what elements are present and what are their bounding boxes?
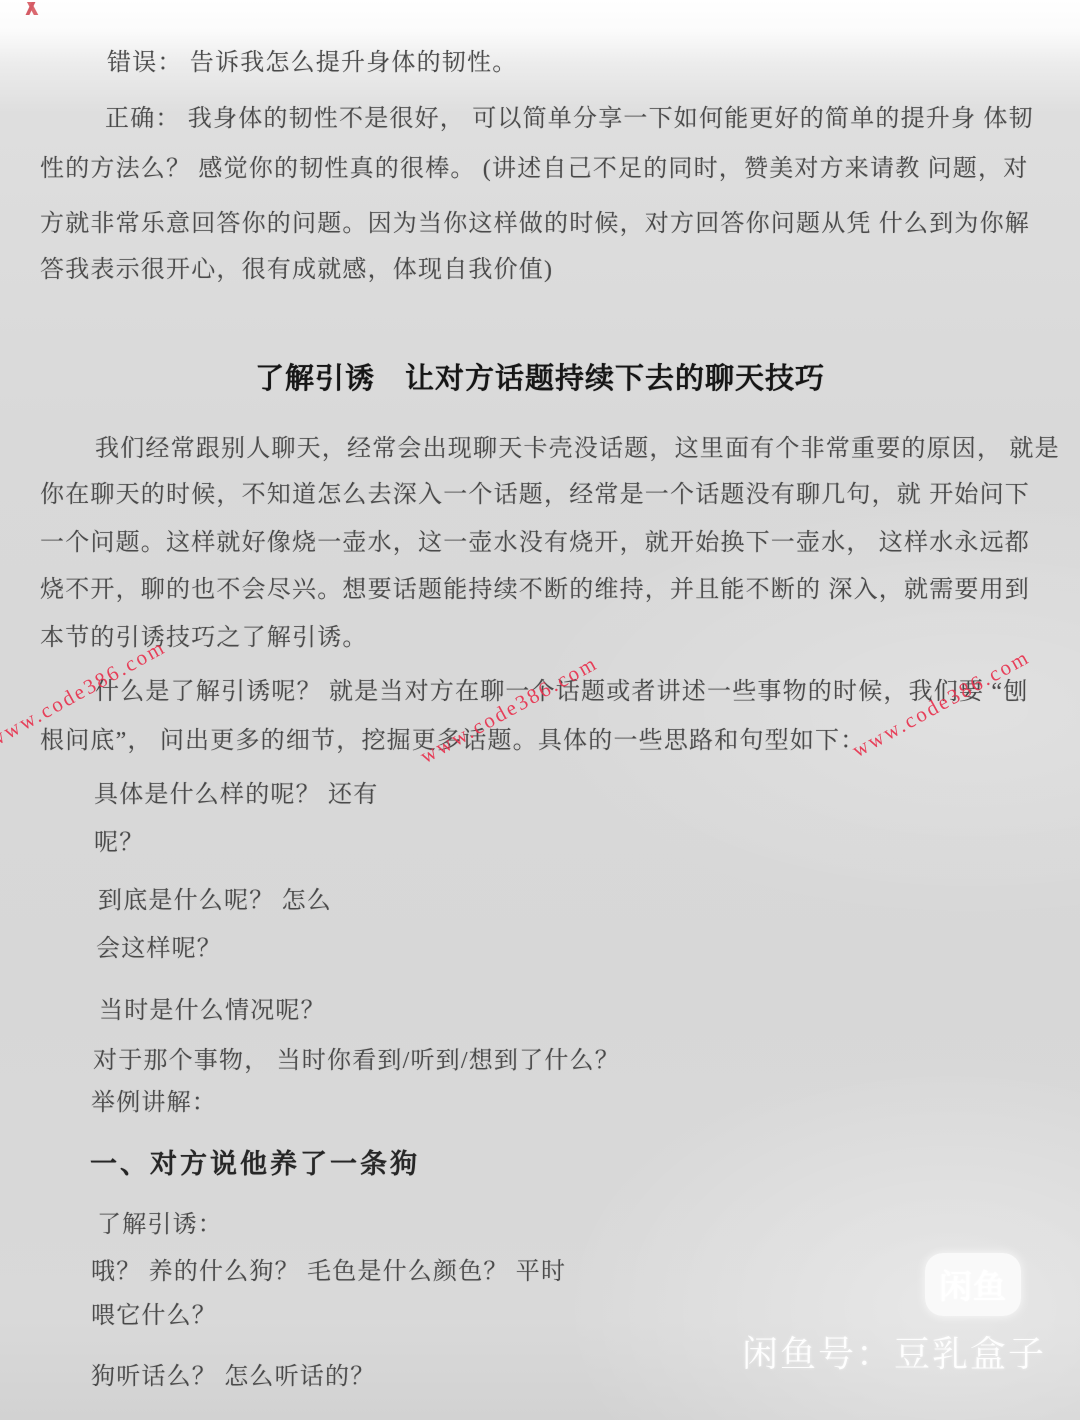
text-line: 了解引诱： [97,1204,223,1239]
seller-caption: 闲鱼号：豆乳盒子 [742,1326,1046,1377]
text-line: 一个问题。这样就好像烧一壶水，这一壶水没有烧开，就开始换下一壶水， 这样水永远都 [40,522,1030,557]
text-line: 正确： 我身体的韧性不是很好， 可以简单分享一下如何能更好的简单的提升身 体韧 [105,98,1034,133]
text-line: 喂它什么？ [91,1295,217,1330]
text-line: 哦？ 养的什么狗？ 毛色是什么颜色？ 平时 [91,1251,566,1286]
text-line: 举例讲解： [91,1082,217,1117]
document-page: 错误： 告诉我怎么提升身体的韧性。 正确： 我身体的韧性不是很好， 可以简单分享… [0,0,1080,1420]
text-line: 本节的引诱技巧之了解引诱。 [40,617,368,652]
text-line: 我们经常跟别人聊天，经常会出现聊天卡壳没话题，这里面有个非常重要的原因， 就是 [95,428,1060,463]
text-line: 烧不开，聊的也不会尽兴。想要话题能持续不断的维持，并且能不断的 深入，就需要用到 [40,569,1030,604]
section-heading: 了解引诱 让对方话题持续下去的聊天技巧 [255,356,825,397]
text-line: 到底是什么呢？ 怎么 [98,880,332,915]
text-line: 当时是什么情况呢？ [99,990,326,1025]
text-line: 呢？ [94,822,144,857]
text-line: 你在聊天的时候，不知道怎么去深入一个话题，经常是一个话题没有聊几句，就 开始问下 [40,474,1030,509]
text-line: 狗听话么？ 怎么听话的？ [91,1356,375,1391]
red-scribble-mark [24,2,42,15]
text-line: 方就非常乐意回答你的问题。因为当你这样做的时候，对方回答你问题从凭 什么到为你解 [40,203,1030,238]
text-line: 会这样呢？ [96,928,222,963]
text-line: 错误： 告诉我怎么提升身体的韧性。 [107,42,517,77]
text-line: 性的方法么？ 感觉你的韧性真的很棒。 (讲述自己不足的同时，赞美对方来请教 问题… [40,148,1028,183]
text-line: 对于那个事物， 当时你看到/听到/想到了什么？ [93,1040,620,1075]
xianyu-logo-text: 闲鱼 [939,1261,1007,1308]
example-heading: 一、对方说他养了一条狗 [90,1142,420,1181]
text-line: 答我表示很开心，很有成就感，体现自我价值) [40,249,553,284]
text-line: 具体是什么样的呢？ 还有 [94,774,378,809]
xianyu-logo-badge: 闲鱼 [925,1253,1021,1316]
